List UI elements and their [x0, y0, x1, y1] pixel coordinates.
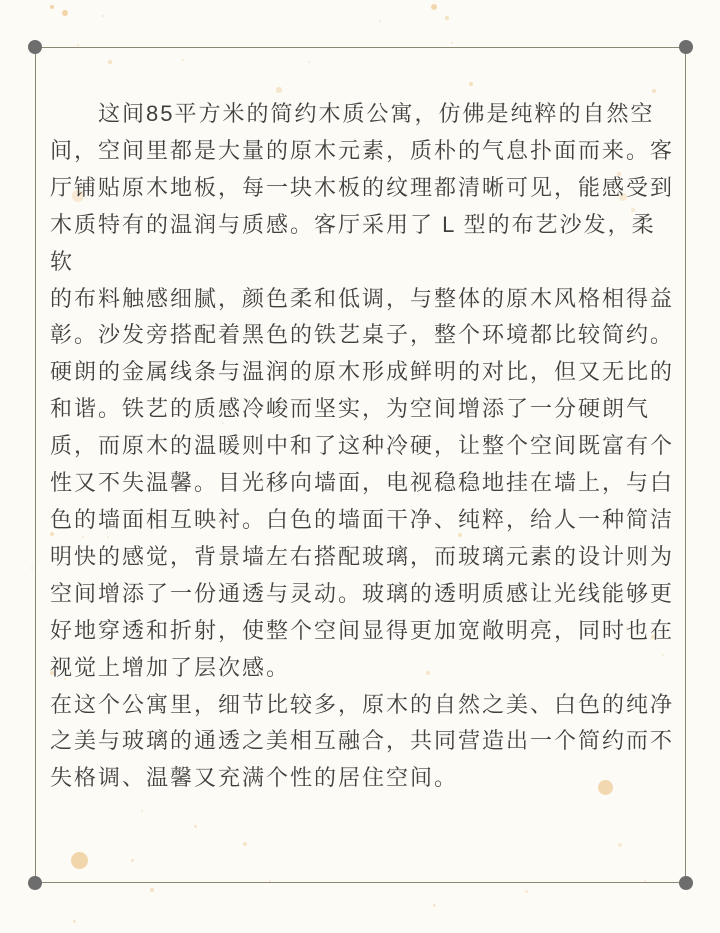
speckle-dot — [445, 16, 448, 19]
speckle-dot — [102, 15, 105, 18]
corner-dot-bottom-left — [28, 876, 42, 890]
speckle-dot — [31, 567, 34, 570]
speckle-dot — [431, 4, 437, 10]
corner-dot-bottom-right — [679, 876, 693, 890]
speckle-dot — [77, 44, 80, 47]
article-body: 这间85平方米的简约木质公寓，仿佛是纯粹的自然空 间，空间里都是大量的原木元素，… — [50, 96, 678, 797]
speckle-dot — [525, 890, 528, 893]
speckle-dot — [379, 20, 382, 23]
speckle-dot — [62, 10, 68, 16]
corner-dot-top-left — [28, 40, 42, 54]
speckle-dot — [150, 888, 155, 893]
paragraph-apartment-description: 这间85平方米的简约木质公寓，仿佛是纯粹的自然空 间，空间里都是大量的原木元素，… — [50, 96, 678, 687]
stationery-page: 这间85平方米的简约木质公寓，仿佛是纯粹的自然空 间，空间里都是大量的原木元素，… — [0, 0, 720, 933]
paragraph-summary: 在这个公寓里，细节比较多，原木的自然之美、白色的纯净 之美与玻璃的通透之美相互融… — [50, 687, 678, 798]
speckle-dot — [433, 904, 436, 907]
speckle-dot — [73, 920, 76, 923]
corner-dot-top-right — [679, 40, 693, 54]
speckle-dot — [451, 42, 454, 45]
speckle-dot — [50, 5, 54, 9]
